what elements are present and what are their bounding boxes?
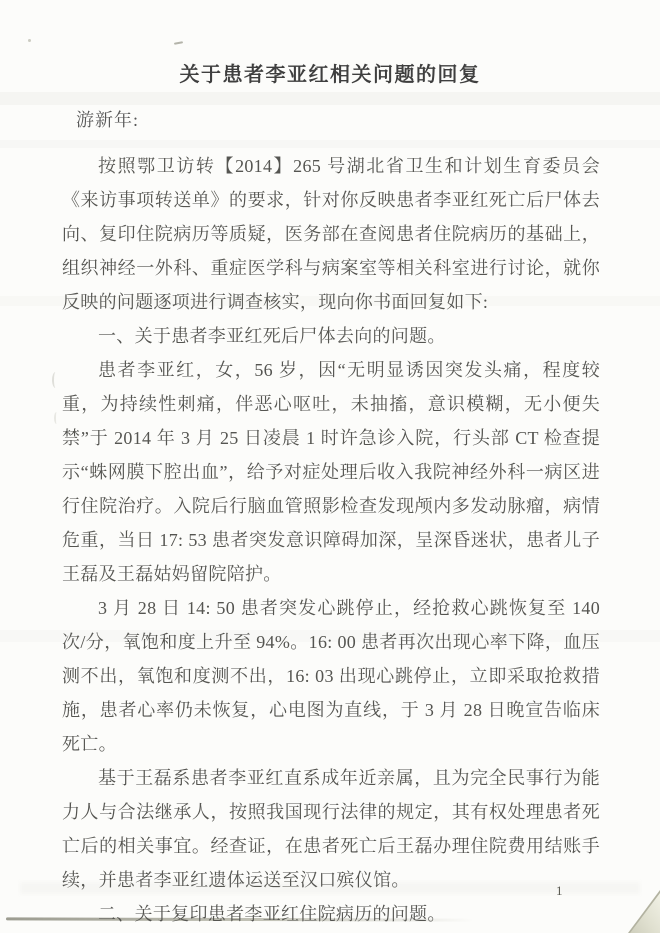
scanned-document-page: 关于患者李亚红相关问题的回复 游新年: 按照鄂卫访转【2014】265 号湖北省… — [0, 0, 660, 933]
paragraph-next-of-kin: 基于王磊系患者李亚红直系成年近亲属，且为完全民事行为能力人与合法继承人，按照我国… — [62, 761, 600, 897]
scan-speck — [28, 39, 31, 42]
paragraph-admission: 患者李亚红，女，56 岁，因“无明显诱因突发头痛，程度较重，为持续性刺痛，伴恶心… — [62, 353, 600, 591]
paragraph-death: 3 月 28 日 14: 50 患者突发心跳停止，经抢救心跳恢复至 140 次/… — [62, 591, 600, 761]
scan-margin-mark — [54, 412, 59, 424]
section-heading-1: 一、关于患者李亚红死后尸体去向的问题。 — [62, 319, 600, 353]
scan-shading-band — [0, 92, 660, 105]
paragraph-intro: 按照鄂卫访转【2014】265 号湖北省卫生和计划生育委员会《来访事项转送单》的… — [62, 149, 600, 319]
section-heading-2: 二、关于复印患者李亚红住院病历的问题。 — [62, 897, 600, 931]
salutation: 游新年: — [76, 106, 139, 132]
scan-speck — [174, 41, 183, 45]
scan-shading-band — [0, 140, 660, 148]
scan-margin-mark — [52, 372, 59, 388]
page-corner-fold — [630, 893, 660, 933]
letter-body: 按照鄂卫访转【2014】265 号湖北省卫生和计划生育委员会《来访事项转送单》的… — [62, 149, 600, 931]
document-title: 关于患者李亚红相关问题的回复 — [0, 58, 660, 87]
page-number: 1 — [556, 883, 563, 899]
